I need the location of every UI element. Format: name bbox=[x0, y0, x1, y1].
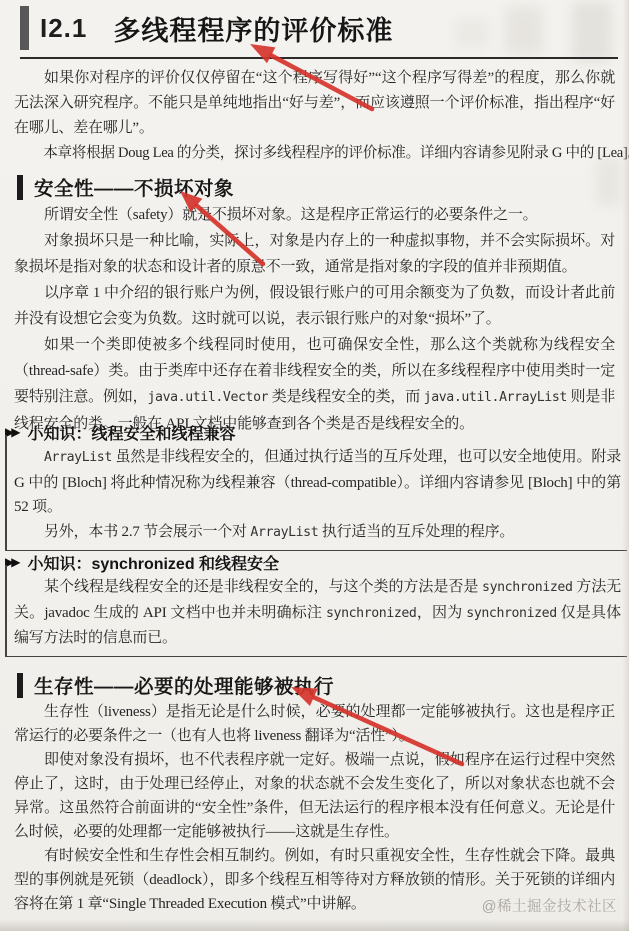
page-edge-shade bbox=[622, 0, 629, 931]
double-triangle-icon: ▶▶ bbox=[5, 426, 17, 438]
section-title: 安全性——不损坏对象 bbox=[34, 173, 234, 201]
paragraph: ArrayList 虽然是非线程安全的，但通过执行适当的互斥处理，也可以安全地使… bbox=[14, 445, 621, 520]
tip-box-synchronized: ▶▶ 小知识：synchronized 和线程安全 某个线程是线程安全的还是非线… bbox=[5, 551, 627, 657]
tip-title: ▶▶ 小知识：线程安全和线程兼容 bbox=[5, 421, 621, 443]
page-title: 多线程程序的评价标准 bbox=[113, 9, 393, 48]
section-title: 生存性——必要的处理能够被执行 bbox=[34, 671, 334, 699]
paragraph: 对象损坏只是一种比喻，实际上，对象是内存上的一种虚拟事物，并不会实际损坏。对象损… bbox=[14, 228, 615, 280]
section-heading-liveness: 生存性——必要的处理能够被执行 bbox=[17, 671, 334, 699]
paragraph: 另外，本书 2.7 节会展示一个对 ArrayList 执行适当的互斥处理的程序… bbox=[14, 520, 621, 546]
section-accent-bar bbox=[17, 175, 23, 200]
intro-paragraphs: 如果你对程序的评价仅仅停留在“这个程序写得好”“这个程序写得差”的程度，那么你就… bbox=[14, 66, 615, 166]
paragraph: 以序章 1 中介绍的银行账户为例，假设银行账户的可用余额变为了负数，而设计者此前… bbox=[14, 280, 615, 332]
tip-title-text: 小知识：synchronized 和线程安全 bbox=[27, 551, 279, 574]
page-edge-shade bbox=[0, 919, 629, 931]
tip-box-thread-compatible: ▶▶ 小知识：线程安全和线程兼容 ArrayList 虽然是非线程安全的，但通过… bbox=[5, 421, 627, 551]
section-number: I2.1 bbox=[40, 13, 87, 44]
book-page: I2.1 多线程程序的评价标准 如果你对程序的评价仅仅停留在“这个程序写得好”“… bbox=[0, 0, 629, 931]
paragraph: 即使对象没有损坏，也不代表程序就一定好。极端一点说，假如程序在运行过程中突然停止… bbox=[14, 748, 615, 844]
paragraph: 如果你对程序的评价仅仅停留在“这个程序写得好”“这个程序写得差”的程度，那么你就… bbox=[14, 66, 615, 141]
liveness-paragraphs: 生存性（liveness）是指无论是什么时候，必要的处理都一定能够被执行。这也是… bbox=[14, 700, 615, 916]
paragraph: 某个线程是线程安全的还是非线程安全的，与这个类的方法是否是 synchroniz… bbox=[14, 575, 621, 651]
double-triangle-icon: ▶▶ bbox=[5, 556, 17, 568]
safety-paragraphs: 所谓安全性（safety）就是不损坏对象。这是程序正常运行的必要条件之一。 对象… bbox=[14, 202, 615, 437]
tip-title-text: 小知识：线程安全和线程兼容 bbox=[27, 421, 235, 444]
heading-accent-bar bbox=[20, 6, 29, 50]
watermark: @稀土掘金技术社区 bbox=[482, 895, 617, 916]
section-accent-bar bbox=[17, 673, 23, 698]
chapter-heading: I2.1 多线程程序的评价标准 bbox=[20, 6, 618, 59]
tip-title: ▶▶ 小知识：synchronized 和线程安全 bbox=[5, 551, 621, 573]
paragraph: 所谓安全性（safety）就是不损坏对象。这是程序正常运行的必要条件之一。 bbox=[14, 202, 615, 228]
paragraph: 生存性（liveness）是指无论是什么时候，必要的处理都一定能够被执行。这也是… bbox=[14, 700, 615, 748]
section-heading-safety: 安全性——不损坏对象 bbox=[17, 173, 234, 201]
paragraph: 本章将根据 Doug Lea 的分类，探讨多线程程序的评价标准。详细内容请参见附… bbox=[14, 141, 615, 166]
